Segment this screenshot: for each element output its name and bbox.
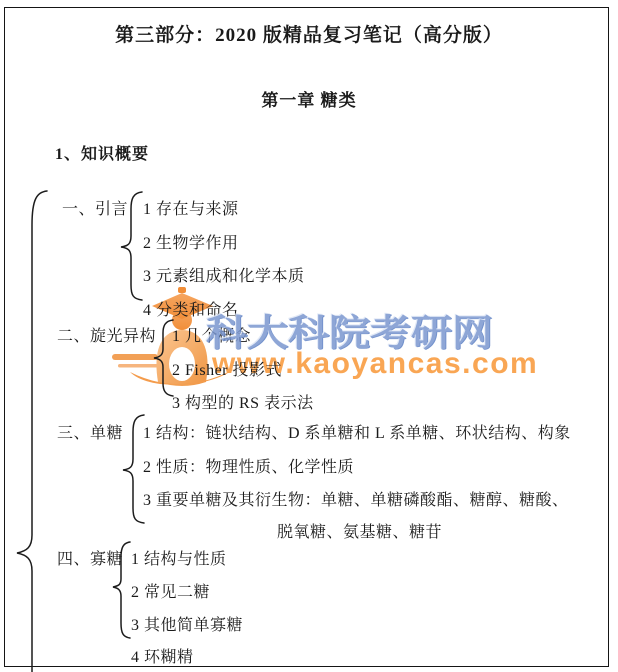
outline-item: 4 环糊精	[131, 644, 194, 667]
outline-item: 1 结构：链状结构、D 系单糖和 L 系单糖、环状结构、构象	[143, 420, 571, 443]
outline-item-continuation: 脱氧糖、氨基糖、糖苷	[277, 519, 442, 542]
outline-item: 2 性质：物理性质、化学性质	[143, 454, 354, 477]
outline-item: 2 生物学作用	[143, 230, 239, 253]
outline-section-label: 二、旋光异构	[57, 323, 156, 346]
watermark-site-name: 科大科院考研网	[206, 303, 493, 356]
outline-section-label: 四、寡糖	[57, 546, 123, 569]
section-heading: 1、知识概要	[55, 141, 149, 164]
document-title: 第三部分：2020 版精品复习笔记（高分版）	[0, 20, 618, 47]
outline-item: 3 构型的 RS 表示法	[172, 390, 314, 413]
chapter-heading: 第一章 糖类	[0, 86, 618, 111]
outline-item: 3 元素组成和化学本质	[143, 263, 305, 286]
outline-item: 2 常见二糖	[131, 579, 210, 602]
outline-root-brace	[0, 185, 60, 672]
outline-item: 3 重要单糖及其衍生物：单糖、单糖磷酸酯、糖醇、糖酸、	[143, 487, 569, 510]
document-page: www.kaoyancas.com 第三部分：2020 版精品复习笔记（高分版）…	[0, 0, 618, 672]
outline-item: 2 Fisher 投影式	[172, 357, 282, 380]
outline-item: 1 存在与来源	[143, 196, 239, 219]
outline-section-label: 一、引言	[62, 196, 128, 219]
outline-item: 1 结构与性质	[131, 546, 227, 569]
outline-item: 3 其他简单寡糖	[131, 612, 243, 635]
outline-section-label: 三、单糖	[57, 420, 123, 443]
